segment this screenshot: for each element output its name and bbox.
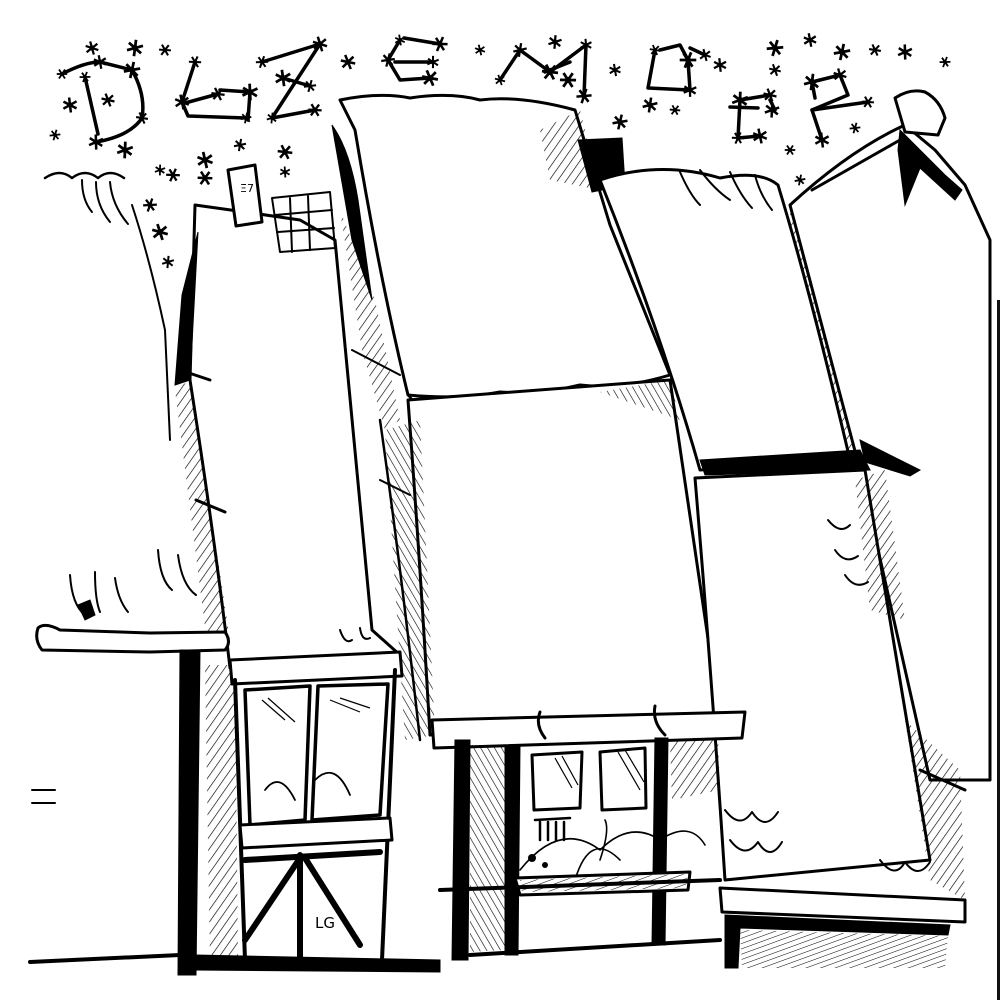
house-center-ground <box>432 706 745 960</box>
house-right-ground <box>720 888 965 968</box>
window-left-ground <box>245 684 388 825</box>
letter-r <box>812 75 868 140</box>
house-left-ground: LG <box>30 650 440 975</box>
chimney-sign-text: Ξ̄7 <box>240 182 254 195</box>
signature: LG <box>315 914 335 932</box>
house-left-back <box>45 173 170 440</box>
ink-drawing: Ξ̄7 <box>0 0 1000 1000</box>
timber-frame <box>245 852 380 960</box>
house-left-roof: Ξ̄7 <box>175 165 400 668</box>
window-center-ground <box>532 748 646 810</box>
